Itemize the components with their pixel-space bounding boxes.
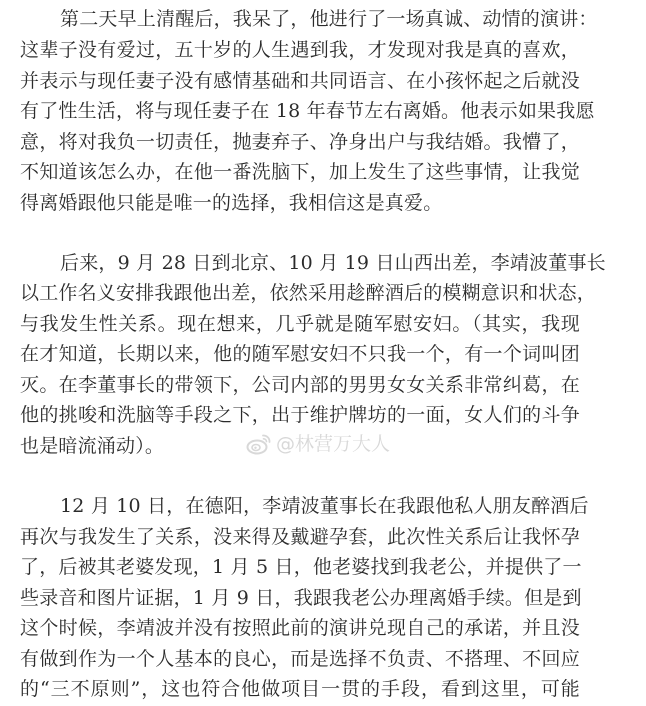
text-line: 得离婚跟他只能是唯一的选择，我相信这是真爱。	[20, 188, 442, 218]
text-line: 灭。在李董事长的带领下，公司内部的男男女女关系非常纠葛，在	[20, 370, 580, 400]
text-line: 些录音和图片证据，1 月 9 日，我跟我老公办理离婚手续。但是到	[20, 583, 580, 613]
text-line: 了，后被其老婆发现，1 月 5 日，他老婆找到我老公，并提供了一	[20, 552, 580, 582]
text-line: 他的挑唆和洗脑等手段之下，出于维护牌坊的一面，女人们的斗争	[20, 400, 580, 430]
text-line: 不知道该怎么办，在他一番洗脑下，加上发生了这些事情，让我觉	[20, 157, 580, 187]
text-line: 在才知道，长期以来，他的随军慰安妇不只我一个，有一个词叫团	[20, 339, 580, 369]
text-line: 与我发生性关系。现在想来，几乎就是随军慰安妇。（其实，我现	[20, 309, 580, 339]
text-line: 这辈子没有爱过，五十岁的人生遇到我，才发现对我是真的喜欢，	[20, 35, 580, 65]
text-line: 第二天早上清醒后，我呆了，他进行了一场真诚、动情的演讲：	[60, 4, 580, 34]
text-line: 并表示与现任妻子没有感情基础和共同语言、在小孩怀起之后就没	[20, 66, 580, 96]
watermark: @林营万大人	[246, 431, 390, 457]
text-line: 再次与我发生了关系，没来得及戴避孕套，此次性关系后让我怀孕	[20, 522, 580, 552]
document-page: 第二天早上清醒后，我呆了，他进行了一场真诚、动情的演讲： 这辈子没有爱过，五十岁…	[0, 0, 646, 706]
watermark-text: @林营万大人	[276, 431, 390, 457]
weibo-logo-icon	[246, 432, 272, 456]
text-line: 这个时候，李靖波并没有按照此前的演讲兑现自己的承诺，并且没	[20, 613, 580, 643]
text-line: 意，将对我负一切责任，抛妻弃子、净身出户与我结婚。我懵了，	[20, 127, 580, 157]
text-line: 的“三不原则”，这也符合他做项目一贯的手段，看到这里，可能	[20, 674, 580, 704]
text-line: 也是暗流涌动）。	[20, 431, 164, 461]
text-line: 后来，9 月 28 日到北京、10 月 19 日山西出差，李靖波董事长	[60, 248, 580, 278]
text-line: 有了性生活，将与现任妻子在 18 年春节左右离婚。他表示如果我愿	[20, 96, 580, 126]
text-line: 以工作名义安排我跟他出差，依然采用趁醉酒后的模糊意识和状态，	[20, 278, 580, 308]
text-line: 12 月 10 日，在德阳，李靖波董事长在我跟他私人朋友醉酒后	[60, 491, 580, 521]
text-line: 有做到作为一个人基本的良心，而是选择不负责、不搭理、不回应	[20, 644, 580, 674]
